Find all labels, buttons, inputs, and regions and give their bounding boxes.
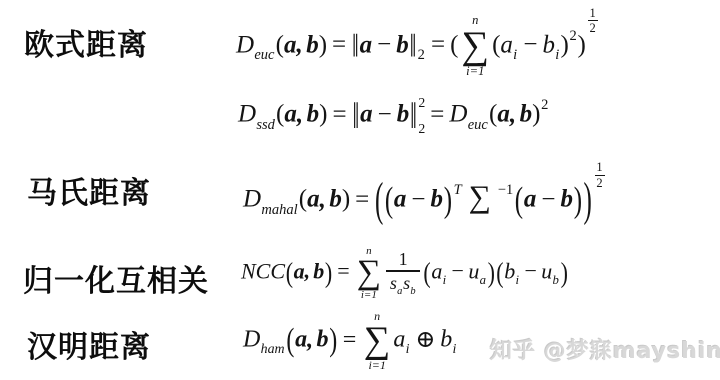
- math-token: 2: [418, 47, 425, 63]
- math-token: =: [355, 186, 369, 213]
- math-token: a: [397, 286, 402, 297]
- math-token: sasb: [386, 270, 420, 298]
- math-token: mahal: [261, 202, 297, 218]
- formula-hamming-distance: Dham(a,b)=n∑i=1ai⊕bi: [243, 304, 458, 378]
- math-token: 1sasb: [386, 248, 420, 299]
- math-token: ham: [261, 342, 285, 357]
- math-token: i=1: [368, 359, 385, 372]
- math-token: a: [294, 258, 305, 283]
- math-token: ,: [297, 101, 303, 128]
- math-token: (: [423, 259, 430, 288]
- math-token: D: [243, 327, 260, 353]
- math-token: b: [307, 101, 320, 128]
- math-token: a: [480, 273, 486, 287]
- math-token: −: [452, 258, 464, 283]
- math-token: s: [390, 273, 397, 293]
- math-token: ): [561, 259, 568, 288]
- math-token: 22: [418, 96, 425, 136]
- math-token: ): [329, 325, 337, 357]
- math-token: −: [541, 186, 555, 213]
- math-token: 2: [541, 97, 548, 113]
- math-token: D: [449, 101, 467, 128]
- math-token: u: [468, 258, 479, 283]
- math-token: a: [394, 186, 407, 213]
- watermark-user-handle: @梦寐mayshine: [544, 339, 720, 364]
- math-token: =: [332, 31, 346, 58]
- math-token: =: [430, 101, 444, 128]
- label-mahalanobis-distance: 马氏距离: [27, 168, 151, 212]
- math-token: a: [360, 101, 373, 128]
- math-token: b: [560, 186, 573, 213]
- math-token: a: [500, 31, 513, 58]
- math-token: b: [553, 273, 559, 287]
- math-row: Dmahal(a,b)=((a−b)T∑−1(a−b))12: [243, 160, 605, 219]
- math-token: =: [332, 101, 346, 128]
- math-token: b: [410, 286, 415, 297]
- math-token: b: [313, 258, 324, 283]
- math-token: ‖: [410, 97, 417, 135]
- math-token: i: [516, 273, 520, 287]
- math-token: 1: [595, 160, 605, 175]
- math-token: 2: [595, 176, 605, 190]
- math-token: ssd: [256, 117, 275, 133]
- math-token: (: [515, 183, 523, 219]
- math-row: Dham(a,b)=n∑i=1ai⊕bi: [243, 310, 458, 372]
- math-token: a: [284, 101, 297, 128]
- label-normalized-cross-correlation: 归一化互相关: [23, 256, 209, 300]
- math-token: 2: [418, 96, 425, 110]
- math-token: ‖: [352, 30, 359, 63]
- math-token: −: [411, 186, 425, 213]
- math-token: a: [295, 327, 307, 353]
- math-token: 12: [595, 160, 605, 190]
- math-token: a: [497, 101, 510, 128]
- math-token: i: [453, 342, 457, 357]
- math-token: ∑: [357, 257, 381, 289]
- formula-mahalanobis-distance: Dmahal(a,b)=((a−b)T∑−1(a−b))12: [243, 156, 605, 224]
- label-euclidean-distance: 欧式距离: [24, 20, 148, 64]
- math-token: (: [385, 183, 393, 219]
- watermark: 知乎@梦寐mayshine: [490, 334, 720, 365]
- math-token: ‖: [352, 97, 359, 135]
- math-token: NCC: [241, 258, 285, 283]
- math-token: (: [276, 31, 284, 58]
- math-token: ): [444, 183, 452, 219]
- math-token: b: [397, 101, 410, 128]
- math-token: ): [584, 177, 592, 225]
- math-token: =: [431, 31, 445, 58]
- math-token: b: [316, 327, 328, 353]
- math-token: ∑: [364, 323, 391, 358]
- math-token: a: [524, 186, 537, 213]
- math-token: euc: [254, 47, 274, 63]
- math-token: ): [560, 31, 568, 58]
- math-token: b: [504, 258, 515, 283]
- math-token: (: [286, 259, 293, 288]
- math-token: i: [513, 47, 517, 63]
- math-token: D: [238, 101, 256, 128]
- formula-euclidean-distance: Deuc(a,b)=‖a−b‖2=(n∑i=1(ai−bi)2)12: [236, 6, 598, 78]
- math-token: n∑i=1: [357, 245, 381, 302]
- math-token: −: [378, 101, 392, 128]
- math-row: NCC(a,b)=n∑i=11sasb(ai−ua)(bi−ub): [241, 245, 569, 302]
- math-token: ): [325, 259, 332, 288]
- label-hamming-distance: 汉明距离: [27, 322, 151, 366]
- math-token: (: [450, 31, 458, 58]
- math-token: ,: [307, 327, 313, 353]
- math-token: ): [532, 101, 540, 128]
- math-token: i: [443, 273, 447, 287]
- math-token: i: [406, 342, 410, 357]
- math-token: ‖: [410, 30, 417, 63]
- math-token: ∑: [461, 28, 489, 65]
- math-token: (: [299, 186, 307, 213]
- math-token: a: [431, 258, 442, 283]
- math-token: u: [541, 258, 552, 283]
- watermark-site-name: 知乎: [490, 339, 536, 364]
- math-token: a: [307, 186, 320, 213]
- math-token: ∑: [469, 179, 491, 214]
- math-token: 2: [588, 21, 598, 35]
- math-token: ,: [305, 258, 311, 283]
- math-token: b: [542, 31, 555, 58]
- math-token: D: [243, 186, 261, 213]
- math-token: (: [496, 259, 503, 288]
- math-token: ,: [510, 101, 516, 128]
- math-token: −: [524, 258, 536, 283]
- math-token: b: [329, 186, 342, 213]
- math-token: =: [343, 327, 357, 353]
- math-token: ): [574, 183, 582, 219]
- math-token: =: [337, 258, 349, 283]
- formula-sheet: 欧式距离 Deuc(a,b)=‖a−b‖2=(n∑i=1(ai−bi)2)12 …: [0, 0, 720, 380]
- math-token: b: [396, 31, 409, 58]
- formula-normalized-cross-correlation: NCC(a,b)=n∑i=11sasb(ai−ua)(bi−ub): [241, 240, 569, 306]
- math-token: n∑i=1: [461, 14, 489, 78]
- math-token: i=1: [466, 65, 484, 79]
- math-row: Deuc(a,b)=‖a−b‖2=(n∑i=1(ai−bi)2)12: [236, 6, 598, 79]
- math-token: a: [393, 327, 405, 353]
- math-token: ⊕: [415, 327, 435, 353]
- math-token: i: [555, 47, 559, 63]
- math-token: ,: [320, 186, 326, 213]
- math-token: 12: [588, 6, 598, 36]
- math-token: 1: [395, 248, 411, 271]
- math-token: −: [377, 31, 391, 58]
- math-token: (: [286, 325, 294, 357]
- math-row: Dssd(a,b)=‖a−b‖22=Deuc(a,b)2: [238, 96, 549, 136]
- math-token: ): [488, 259, 495, 288]
- math-token: a: [360, 31, 373, 58]
- math-token: (: [375, 177, 383, 225]
- math-token: ,: [296, 31, 302, 58]
- formula-sum-squared-differences: Dssd(a,b)=‖a−b‖22=Deuc(a,b)2: [238, 88, 549, 144]
- math-token: D: [236, 31, 254, 58]
- math-token: i=1: [361, 289, 377, 301]
- math-token: n∑i=1: [364, 310, 391, 372]
- math-token: ): [342, 186, 350, 213]
- math-token: b: [306, 31, 319, 58]
- math-token: 1: [399, 249, 408, 269]
- math-token: 1: [588, 6, 598, 21]
- math-token: b: [520, 101, 533, 128]
- math-token: ): [319, 31, 327, 58]
- math-token: euc: [468, 117, 488, 133]
- math-token: −1: [498, 182, 513, 198]
- math-token: b: [431, 186, 444, 213]
- math-token: a: [284, 31, 297, 58]
- math-token: 2: [569, 28, 576, 44]
- math-token: b: [440, 327, 452, 353]
- math-token: −: [523, 31, 537, 58]
- math-token: ): [319, 101, 327, 128]
- math-token: 2: [418, 122, 425, 136]
- math-token: ): [577, 31, 585, 58]
- math-token: T: [454, 182, 462, 198]
